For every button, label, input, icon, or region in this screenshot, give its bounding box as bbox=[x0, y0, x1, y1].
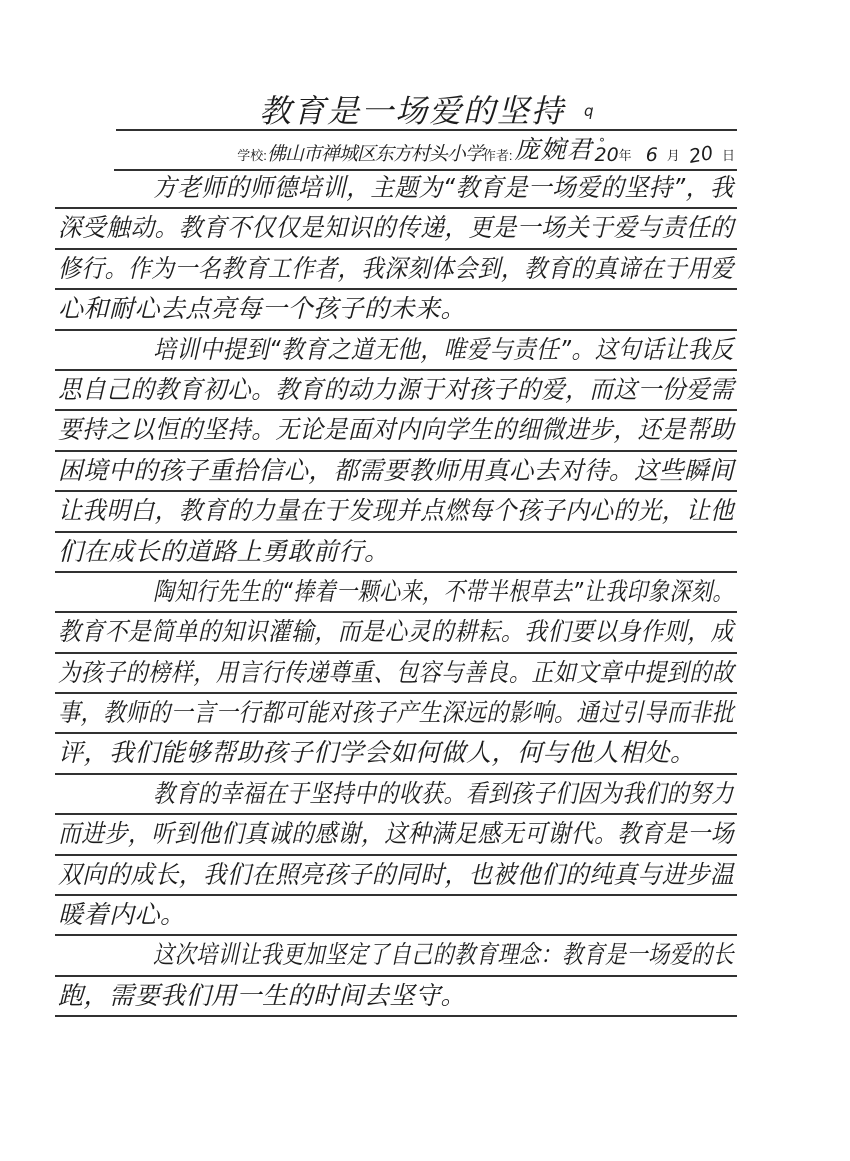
essay-line: 方老师的师德培训，主题为“教育是一场爱的坚持”，我 bbox=[55, 169, 737, 209]
essay-line-text: 事，教师的一言一行都可能对孩子产生深远的影响。通过引导而非批 bbox=[58, 694, 734, 731]
essay-line: 要持之以恒的坚持。无论是面对内向学生的细微进步，还是帮助 bbox=[55, 411, 737, 451]
essay-line-text: 方老师的师德培训，主题为“教育是一场爱的坚持”，我 bbox=[153, 169, 734, 206]
essay-line: 事，教师的一言一行都可能对孩子产生深远的影响。通过引导而非批 bbox=[55, 694, 737, 734]
essay-body: 方老师的师德培训，主题为“教育是一场爱的坚持”，我深受触动。教育不仅仅是知识的传… bbox=[55, 169, 737, 1017]
essay-line-text: 要持之以恒的坚持。无论是面对内向学生的细微进步，还是帮助 bbox=[58, 411, 734, 448]
stray-pen-mark: q bbox=[584, 102, 594, 120]
essay-line-text: 教育不是简单的知识灌输，而是心灵的耕耘。我们要以身作则，成 bbox=[58, 613, 734, 650]
essay-line: 而进步，听到他们真诚的感谢，这种满足感无可谢代。教育是一场 bbox=[55, 815, 737, 855]
essay-line: 深受触动。教育不仅仅是知识的传递，更是一场关于爱与责任的 bbox=[55, 209, 737, 249]
essay-line-text: 深受触动。教育不仅仅是知识的传递，更是一场关于爱与责任的 bbox=[58, 209, 734, 246]
essay-line: 培训中提到“教育之道无他，唯爱与责任”。这句话让我反 bbox=[55, 331, 737, 371]
essay-line: 双向的成长，我们在照亮孩子的同时，也被他们的纯真与进步温 bbox=[55, 856, 737, 896]
essay-line-text: 思自己的教育初心。教育的动力源于对孩子的爱，而这一份爱需 bbox=[58, 371, 734, 408]
school-author-date-row: 学校: 佛山市禅城区东方村头小学 作者: 庞婉君 20 年 6 月 20 日 bbox=[117, 131, 735, 169]
month-label: 月 bbox=[667, 145, 680, 166]
essay-line-text: 双向的成长，我们在照亮孩子的同时，也被他们的纯真与进步温 bbox=[58, 856, 734, 893]
month-value: 6 bbox=[646, 144, 658, 166]
day-label: 日 bbox=[722, 145, 735, 166]
essay-line-text: 暖着内心。 bbox=[58, 896, 186, 933]
essay-line-text: 心和耐心去点亮每一个孩子的未来。 bbox=[58, 290, 466, 327]
essay-line: 暖着内心。 bbox=[55, 896, 737, 936]
essay-line-text: 这次培训让我更加坚定了自己的教育理念：教育是一场爱的长 bbox=[153, 936, 734, 973]
essay-title: 教育是一场爱的坚持 bbox=[0, 86, 837, 132]
essay-line-text: 而进步，听到他们真诚的感谢，这种满足感无可谢代。教育是一场 bbox=[58, 815, 734, 852]
essay-line: 评，我们能够帮助孩子们学会如何做人，何与他人相处。 bbox=[55, 734, 737, 774]
essay-line-text: 修行。作为一名教育工作者，我深刻体会到，教育的真谛在于用爱 bbox=[58, 250, 734, 287]
scanned-essay-page: 教育是一场爱的坚持 q 学校: 佛山市禅城区东方村头小学 作者: 庞婉君 20 … bbox=[0, 0, 850, 1161]
essay-line: 们在成长的道路上勇敢前行。 bbox=[55, 533, 737, 573]
essay-line: 教育的幸福在于坚持中的收获。看到孩子们因为我们的努力 bbox=[55, 775, 737, 815]
school-value: 佛山市禅城区东方村头小学 bbox=[267, 139, 483, 166]
essay-line-text: 评，我们能够帮助孩子们学会如何做人，何与他人相处。 bbox=[58, 734, 696, 771]
essay-line-text: 为孩子的榜样，用言行传递尊重、包容与善良。正如文章中提到的故 bbox=[58, 654, 734, 691]
author-value: 庞婉君 bbox=[514, 130, 592, 166]
essay-line-text: 培训中提到“教育之道无他，唯爱与责任”。这句话让我反 bbox=[153, 331, 734, 368]
essay-line-text: 让我明白，教育的力量在于发现并点燃每个孩子内心的光，让他 bbox=[58, 492, 734, 529]
essay-line: 让我明白，教育的力量在于发现并点燃每个孩子内心的光，让他 bbox=[55, 492, 737, 532]
essay-line-text: 陶知行先生的“捧着一颗心来，不带半根草去”让我印象深刻。 bbox=[153, 573, 734, 610]
school-label: 学校: bbox=[237, 145, 267, 166]
day-value: 20 bbox=[687, 142, 715, 168]
essay-line: 困境中的孩子重拾信心，都需要教师用真心去对待。这些瞬间 bbox=[55, 452, 737, 492]
essay-line-text: 教育的幸福在于坚持中的收获。看到孩子们因为我们的努力 bbox=[153, 775, 734, 812]
essay-line: 教育不是简单的知识灌输，而是心灵的耕耘。我们要以身作则，成 bbox=[55, 613, 737, 653]
essay-line: 为孩子的榜样，用言行传递尊重、包容与善良。正如文章中提到的故 bbox=[55, 654, 737, 694]
essay-line: 跑，需要我们用一生的时间去坚守。 bbox=[55, 977, 737, 1017]
essay-line: 这次培训让我更加坚定了自己的教育理念：教育是一场爱的长 bbox=[55, 936, 737, 976]
essay-line-text: 跑，需要我们用一生的时间去坚守。 bbox=[58, 977, 466, 1014]
author-label: 作者: bbox=[483, 145, 513, 166]
essay-line: 思自己的教育初心。教育的动力源于对孩子的爱，而这一份爱需 bbox=[55, 371, 737, 411]
essay-line-text: 们在成长的道路上勇敢前行。 bbox=[58, 533, 390, 570]
essay-line-text: 困境中的孩子重拾信心，都需要教师用真心去对待。这些瞬间 bbox=[58, 452, 734, 489]
year-label: 年 bbox=[619, 145, 632, 166]
essay-line: 心和耐心去点亮每一个孩子的未来。 bbox=[55, 290, 737, 330]
essay-line: 修行。作为一名教育工作者，我深刻体会到，教育的真谛在于用爱 bbox=[55, 250, 737, 290]
essay-line: 陶知行先生的“捧着一颗心来，不带半根草去”让我印象深刻。 bbox=[55, 573, 737, 613]
stray-degree-mark: ° bbox=[599, 136, 605, 150]
